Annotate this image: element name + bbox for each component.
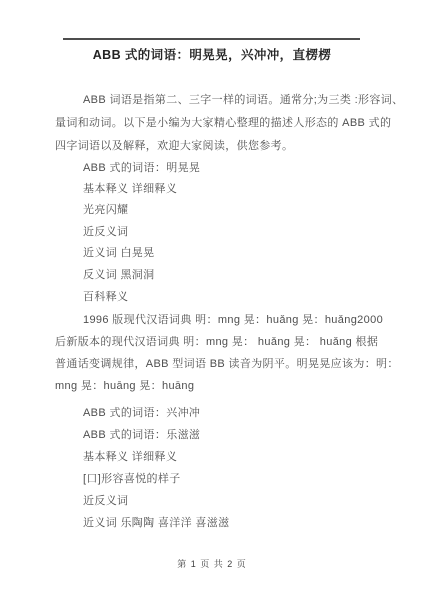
text-line: 1996 版现代汉语词典 明：mng 晃：huǎng 晃：huǎng2000 <box>83 314 383 327</box>
text-line: 近义词 乐陶陶 喜洋洋 喜滋滋 <box>83 517 229 530</box>
page-number: 第 1 页 共 2 页 <box>0 557 424 570</box>
text-line: mng 晃：huāng 晃：huāng <box>55 380 194 393</box>
text-line: 基本释义 详细释义 <box>83 451 177 464</box>
page-title: ABB 式的词语：明晃晃，兴冲冲，直楞楞 <box>0 48 424 63</box>
text-line: ABB 式的词语：乐滋滋 <box>83 429 200 442</box>
text-line: 百科释义 <box>83 291 128 304</box>
text-line: [口]形容喜悦的样子 <box>83 473 181 486</box>
text-line: 基本释义 详细释义 <box>83 183 177 196</box>
text-line: ABB 式的词语：兴冲冲 <box>83 407 200 420</box>
text-line: ABB 式的词语：明晃晃 <box>83 162 200 175</box>
text-line: 反义词 黑洞洞 <box>83 269 155 282</box>
text-line: 四字词语以及解释，欢迎大家阅读，供您参考。 <box>55 140 293 153</box>
text-line: 光亮闪耀 <box>83 204 128 217</box>
text-line: ABB 词语是指第二、三字一样的词语。通常分;为三类 :形容词、 <box>83 94 403 107</box>
text-line: 近反义词 <box>83 226 128 239</box>
text-line: 近反义词 <box>83 495 128 508</box>
title-divider <box>63 38 360 40</box>
text-line: 量词和动词。以下是小编为大家精心整理的描述人形态的 ABB 式的 <box>55 117 391 130</box>
text-line: 后新版本的现代汉语词典 明：mng 晃： huǎng 晃： huǎng 根据 <box>55 336 378 349</box>
document-page: ABB 式的词语：明晃晃，兴冲冲，直楞楞 ABB 词语是指第二、三字一样的词语。… <box>0 0 424 600</box>
text-line: 近义词 白晃晃 <box>83 247 155 260</box>
text-line: 普通话变调规律，ABB 型词语 BB 读音为阴平。明晃晃应该为：明： <box>55 358 399 371</box>
